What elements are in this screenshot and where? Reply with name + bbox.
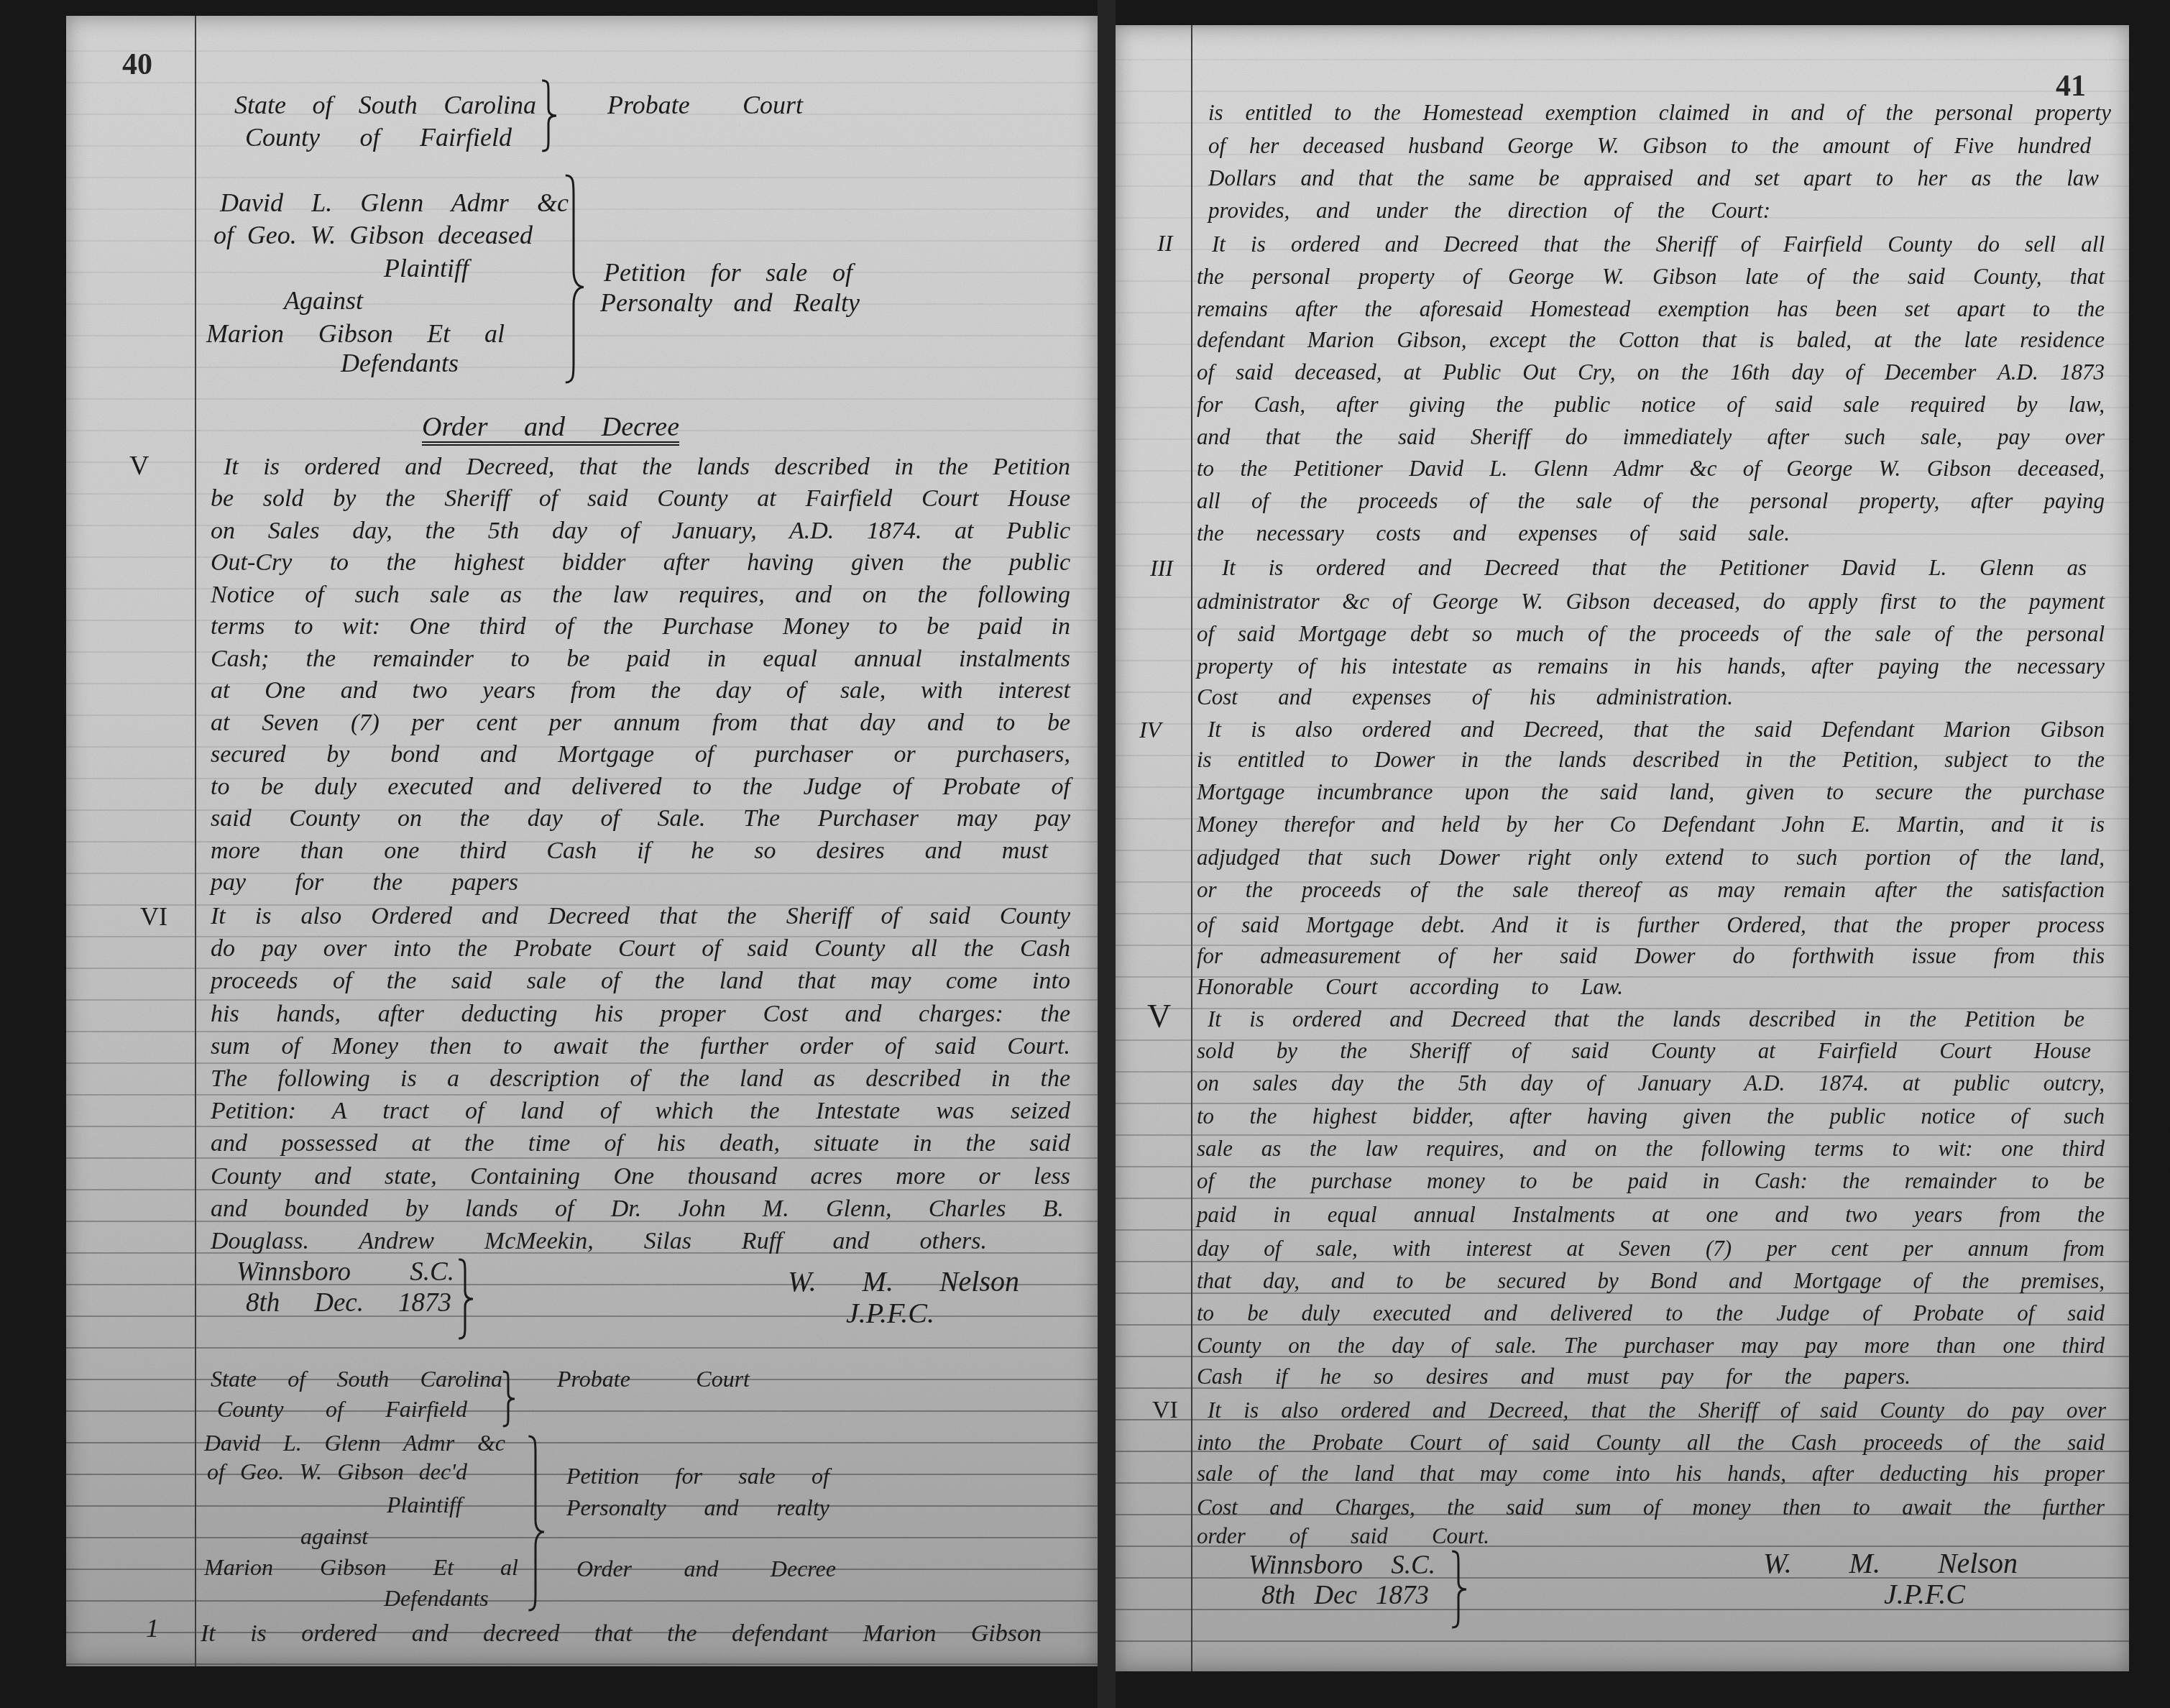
text-line: of her deceased husband George W. Gibson… xyxy=(1208,130,2091,162)
section-numeral: II xyxy=(1157,227,1172,259)
text-line: or the proceeds of the sale thereof as m… xyxy=(1197,874,2105,906)
text-line: is entitled to the Homestead exemption c… xyxy=(1208,97,2111,129)
text-line: of the purchase money to be paid in Cash… xyxy=(1197,1165,2105,1197)
text-line: the personal property of George W. Gibso… xyxy=(1197,261,2105,293)
margin-line xyxy=(1191,25,1192,1671)
signature-place: Winnsboro S.C. xyxy=(1249,1550,1435,1581)
text-line: of said Mortgage debt. And it is further… xyxy=(1197,909,2105,941)
text-line: Cost and expenses of his administration. xyxy=(1197,681,1733,713)
text-line: It is also ordered and Decreed, that the… xyxy=(1208,1395,2106,1426)
section-numeral: IV xyxy=(1139,714,1161,745)
text-line: It is ordered and Decreed that the lands… xyxy=(1208,1004,2084,1035)
text-line: property of his intestate as remains in … xyxy=(1197,651,2105,682)
text-line: that day, and to be secured by Bond and … xyxy=(1197,1265,2105,1297)
section-numeral: III xyxy=(1150,552,1173,584)
text-line: day of sale, with interest at Seven (7) … xyxy=(1197,1233,2105,1264)
text-line: sale of the land that may come into his … xyxy=(1197,1458,2105,1489)
text-line: Cash if he so desires and must pay for t… xyxy=(1197,1361,1911,1392)
text-line: into the Probate Court of said County al… xyxy=(1197,1427,2105,1459)
text-line: for Cash, after giving the public notice… xyxy=(1197,389,2105,421)
text-line: remains after the aforesaid Homestead ex… xyxy=(1197,293,2105,325)
text-line: Dollars and that the same be appraised a… xyxy=(1208,162,2099,194)
text-line: on sales day the 5th day of January A.D.… xyxy=(1197,1067,2105,1099)
text-line: sale as the law requires, and on the fol… xyxy=(1197,1133,2105,1165)
right-page: 41 is entitled to the Homestead exemptio… xyxy=(0,0,2170,1708)
text-line: of said Mortgage debt so much of the pro… xyxy=(1197,618,2105,650)
text-line: adjudged that such Dower right only exte… xyxy=(1197,842,2105,873)
text-line: to the highest bidder, after having give… xyxy=(1197,1101,2105,1132)
text-line: County on the day of sale. The purchaser… xyxy=(1197,1330,2105,1362)
text-line: to be duly executed and delivered to the… xyxy=(1197,1298,2105,1329)
text-line: for admeasurement of her said Dower do f… xyxy=(1197,940,2105,972)
text-line: It is ordered and Decreed that the Petit… xyxy=(1222,552,2087,584)
section-numeral: VI xyxy=(1152,1395,1178,1426)
text-line: all of the proceeds of the sale of the p… xyxy=(1197,485,2105,517)
text-line: sold by the Sheriff of said County at Fa… xyxy=(1197,1035,2091,1067)
signature-title: J.P.F.C xyxy=(1884,1579,2011,1610)
text-line: It is also ordered and Decreed, that the… xyxy=(1208,714,2105,745)
text-line: of said deceased, at Public Out Cry, on … xyxy=(1197,357,2105,388)
text-line: provides, and under the direction of the… xyxy=(1208,195,1770,226)
text-line: defendant Marion Gibson, except the Cott… xyxy=(1197,324,2105,356)
text-line: administrator &c of George W. Gibson dec… xyxy=(1197,586,2105,617)
text-line: and that the said Sheriff do immediately… xyxy=(1197,421,2105,453)
text-line: Cost and Charges, the said sum of money … xyxy=(1197,1492,2105,1523)
text-line: It is ordered and Decreed that the Sheri… xyxy=(1212,229,2105,260)
ledger-book-spread: 40 State of South Carolina Probate Court… xyxy=(0,0,2170,1708)
text-line: Mortgage incumbrance upon the said land,… xyxy=(1197,776,2105,808)
section-numeral: V xyxy=(1147,1001,1171,1032)
text-line: paid in equal annual Instalments at one … xyxy=(1197,1199,2105,1231)
brace-mark xyxy=(1451,1551,1466,1627)
text-line: order of said Court. xyxy=(1197,1520,1489,1552)
text-line: the necessary costs and expenses of said… xyxy=(1197,518,1790,549)
text-line: Money therefor and held by her Co Defend… xyxy=(1197,809,2105,840)
text-line: Honorable Court according to Law. xyxy=(1197,971,1623,1003)
text-line: is entitled to Dower in the lands descri… xyxy=(1197,744,2105,776)
text-line: to the Petitioner David L. Glenn Admr &c… xyxy=(1197,453,2105,485)
signature-name: W. M. Nelson xyxy=(1763,1548,2018,1579)
signature-date: 8th Dec 1873 xyxy=(1261,1580,1429,1612)
